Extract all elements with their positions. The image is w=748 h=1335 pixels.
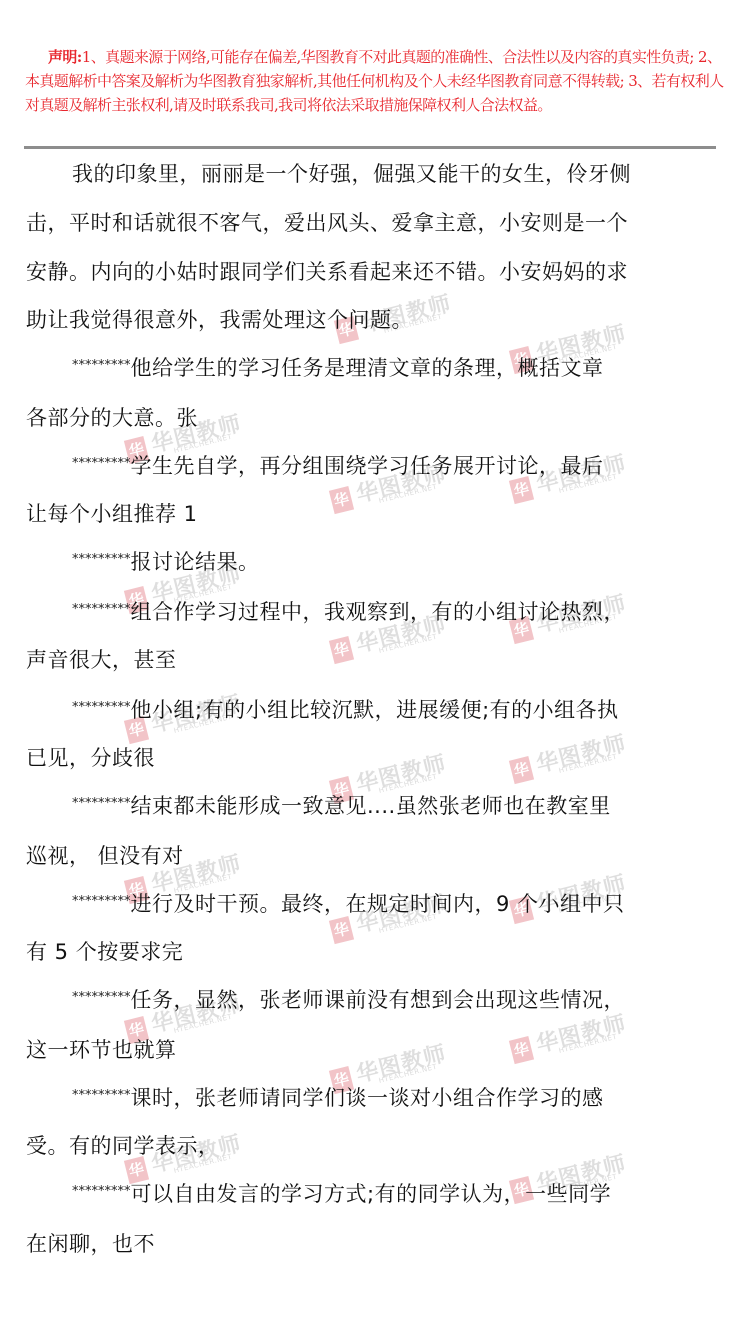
redaction-stars: ********* xyxy=(72,1088,131,1103)
redaction-stars: ********* xyxy=(72,990,131,1005)
disclaimer-body: 1、真题来源于网络,可能存在偏差,华图教育不对此真题的准确性、合法性以及内容的真… xyxy=(25,48,724,114)
text-line: 已见，分歧很 xyxy=(26,742,155,772)
text-line: *********组合作学习过程中，我观察到，有的小组讨论热烈， xyxy=(72,596,625,626)
text-line: *********课时，张老师请同学们谈一谈对小组合作学习的感 xyxy=(72,1082,604,1112)
text-line: 各部分的大意。张 xyxy=(26,402,198,432)
text-line: *********任务，显然，张老师课前没有想到会出现这些情况， xyxy=(72,984,625,1014)
watermark-logo-icon: 华 xyxy=(509,476,534,504)
watermark-url: HTEACHER.NET xyxy=(558,753,618,775)
watermark-logo-icon: 华 xyxy=(509,1036,534,1064)
line-text: 有 5 个按要求完 xyxy=(26,940,183,964)
text-line: *********他给学生的学习任务是理清文章的条理，概括文章 xyxy=(72,352,604,382)
text-line: 在闲聊，也不 xyxy=(26,1228,155,1258)
text-line: 受。有的同学表示， xyxy=(26,1130,220,1160)
line-text: 各部分的大意。张 xyxy=(26,406,198,430)
line-text: 在闲聊，也不 xyxy=(26,1232,155,1256)
watermark-logo-icon: 华 xyxy=(329,916,354,944)
line-text: 结束都未能形成一致意见....虽然张老师也在教室里 xyxy=(131,794,611,818)
line-text: 这一环节也就算 xyxy=(26,1038,177,1062)
text-line: *********可以自由发言的学习方式;有的同学认为，一些同学 xyxy=(72,1178,611,1208)
redaction-stars: ********* xyxy=(72,1184,131,1199)
line-text: 助让我觉得很意外，我需处理这个问题。 xyxy=(26,308,413,332)
watermark-url: HTEACHER.NET xyxy=(173,1013,233,1035)
redaction-stars: ********* xyxy=(72,358,131,373)
line-text: 我的印象里，丽丽是一个好强，倔强又能干的女生，伶牙侧 xyxy=(72,162,631,186)
text-line: 安静。内向的小姑时跟同学们关系看起来还不错。小安妈妈的求 xyxy=(26,256,628,286)
disclaimer-label: 声明: xyxy=(48,48,82,66)
text-line: 助让我觉得很意外，我需处理这个问题。 xyxy=(26,304,413,334)
line-text: 他给学生的学习任务是理清文章的条理，概括文章 xyxy=(131,356,604,380)
line-text: 他小组;有的小组比较沉默，进展缓便;有的小组各执 xyxy=(131,698,619,722)
watermark-url: HTEACHER.NET xyxy=(378,633,438,655)
line-text: 任务，显然，张老师课前没有想到会出现这些情况， xyxy=(131,988,626,1012)
line-text: 击，平时和话就很不客气，爱出风头、爱拿主意，小安则是一个 xyxy=(26,211,628,235)
line-text: 已见，分歧很 xyxy=(26,746,155,770)
watermark-url: HTEACHER.NET xyxy=(378,483,438,505)
watermark-logo-icon: 华 xyxy=(329,486,354,514)
line-text: 让每个小组推荐 1 xyxy=(26,502,198,526)
line-text: 学生先自学，再分组围绕学习任务展开讨论，最后 xyxy=(131,454,604,478)
line-text: 声音很大，甚至 xyxy=(26,648,177,672)
text-line: *********学生先自学，再分组围绕学习任务展开讨论，最后 xyxy=(72,450,604,480)
redaction-stars: ********* xyxy=(72,602,131,617)
text-line: 有 5 个按要求完 xyxy=(26,936,183,966)
watermark-name: 华图教师 xyxy=(533,726,630,778)
redaction-stars: ********* xyxy=(72,700,131,715)
watermark-logo-icon: 华 xyxy=(329,636,354,664)
watermark-logo-icon: 华 xyxy=(509,756,534,784)
text-line: 我的印象里，丽丽是一个好强，倔强又能干的女生，伶牙侧 xyxy=(72,158,631,188)
line-text: 可以自由发言的学习方式;有的同学认为，一些同学 xyxy=(131,1182,612,1206)
redaction-stars: ********* xyxy=(72,796,131,811)
line-text: 安静。内向的小姑时跟同学们关系看起来还不错。小安妈妈的求 xyxy=(26,260,628,284)
text-line: *********结束都未能形成一致意见....虽然张老师也在教室里 xyxy=(72,790,611,820)
text-line: *********报讨论结果。 xyxy=(72,546,260,576)
watermark-name: 华图教师 xyxy=(533,1006,630,1058)
line-text: 巡视， 但没有对 xyxy=(26,844,184,868)
text-line: 巡视， 但没有对 xyxy=(26,840,184,870)
watermark-url: HTEACHER.NET xyxy=(558,1033,618,1055)
text-line: 击，平时和话就很不客气，爱出风头、爱拿主意，小安则是一个 xyxy=(26,207,628,237)
text-line: 让每个小组推荐 1 xyxy=(26,498,198,528)
line-text: 进行及时干预。最终，在规定时间内，9 个小组中只 xyxy=(131,892,625,916)
disclaimer-paragraph: 声明:1、真题来源于网络,可能存在偏差,华图教育不对此真题的准确性、合法性以及内… xyxy=(25,45,725,117)
line-text: 组合作学习过程中，我观察到，有的小组讨论热烈， xyxy=(131,600,626,624)
line-text: 报讨论结果。 xyxy=(131,550,260,574)
redaction-stars: ********* xyxy=(72,894,131,909)
redaction-stars: ********* xyxy=(72,456,131,471)
text-line: 这一环节也就算 xyxy=(26,1034,177,1064)
text-line: *********他小组;有的小组比较沉默，进展缓便;有的小组各执 xyxy=(72,694,619,724)
redaction-stars: ********* xyxy=(72,552,131,567)
text-line: *********进行及时干预。最终，在规定时间内，9 个小组中只 xyxy=(72,888,625,918)
watermark-name: 华图教师 xyxy=(353,1036,450,1088)
watermark: 华华图教师HTEACHER.NET xyxy=(507,1006,632,1070)
header-separator xyxy=(24,146,716,149)
disclaimer: 声明:1、真题来源于网络,可能存在偏差,华图教育不对此真题的准确性、合法性以及内… xyxy=(25,45,725,117)
text-line: 声音很大，甚至 xyxy=(26,644,177,674)
watermark: 华华图教师HTEACHER.NET xyxy=(507,726,632,790)
line-text: 课时，张老师请同学们谈一谈对小组合作学习的感 xyxy=(131,1086,604,1110)
line-text: 受。有的同学表示， xyxy=(26,1134,220,1158)
